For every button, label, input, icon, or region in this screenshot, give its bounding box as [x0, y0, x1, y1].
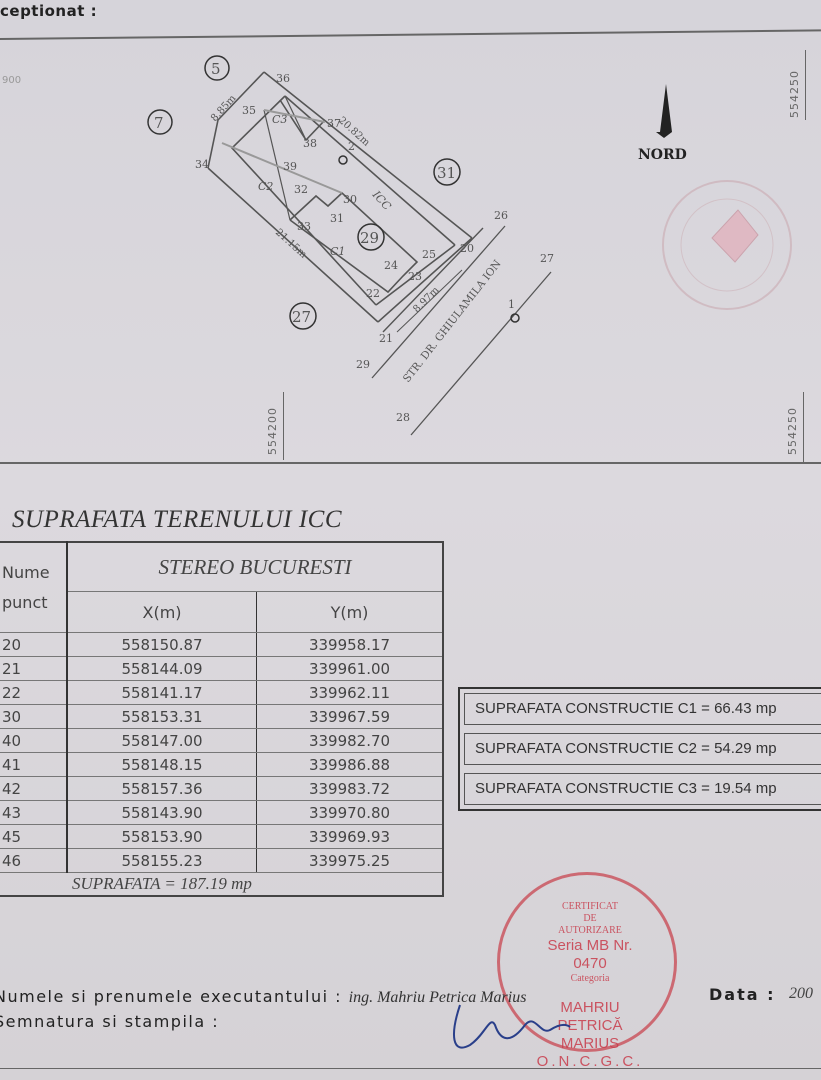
table-row: 46558155.23339975.25	[0, 849, 443, 873]
svg-text:35: 35	[242, 104, 256, 117]
north-label: NORD	[638, 147, 687, 163]
cell-y: 339970.80	[257, 801, 444, 825]
svg-text:20: 20	[460, 242, 474, 255]
table-row: 22558141.17339962.11	[0, 681, 443, 705]
cell-point: 46	[0, 849, 67, 873]
svg-text:29: 29	[356, 358, 370, 371]
cell-y: 339982.70	[257, 729, 444, 753]
svg-text:8.85m: 8.85m	[209, 93, 239, 124]
cell-y: 339975.25	[257, 849, 444, 873]
cell-point: 45	[0, 825, 67, 849]
cell-point: 41	[0, 753, 67, 777]
cell-y: 339986.88	[257, 753, 444, 777]
svg-text:29: 29	[360, 229, 379, 247]
cell-point: 43	[0, 801, 67, 825]
svg-text:2: 2	[348, 140, 355, 153]
svg-text:31: 31	[330, 212, 344, 225]
executant-label: Numele si prenumele executantului :	[0, 987, 342, 1006]
svg-text:24: 24	[384, 259, 398, 272]
cell-x: 558141.17	[67, 681, 257, 705]
svg-text:27: 27	[292, 308, 311, 326]
agency-stamp	[663, 181, 791, 309]
svg-text:23: 23	[408, 270, 422, 283]
date-value: 200	[789, 985, 813, 1003]
stamp-line2: DE	[530, 913, 650, 925]
name-header: Numepunct	[0, 542, 67, 633]
table-row: 40558147.00339982.70	[0, 729, 443, 753]
x-header: X(m)	[67, 592, 257, 633]
svg-text:31: 31	[437, 164, 456, 182]
svg-text:34: 34	[195, 158, 209, 171]
cell-y: 339961.00	[257, 657, 444, 681]
cell-point: 21	[0, 657, 67, 681]
cell-x: 558150.87	[67, 633, 257, 657]
date-label: Data :	[709, 985, 776, 1004]
table-row: 21558144.09339961.00	[0, 657, 443, 681]
cell-x: 558157.36	[67, 777, 257, 801]
svg-text:27: 27	[540, 252, 554, 265]
svg-text:36: 36	[276, 72, 290, 85]
svg-text:22: 22	[366, 287, 380, 300]
svg-text:39: 39	[283, 160, 297, 173]
cell-point: 22	[0, 681, 67, 705]
construction-c2: SUPRAFATA CONSTRUCTIE C2 = 54.29 mp	[464, 733, 821, 765]
table-row: 45558153.90339969.93	[0, 825, 443, 849]
signature-label: Semnatura si stampila :	[0, 1012, 219, 1031]
table-row: 41558148.15339986.88	[0, 753, 443, 777]
svg-text:21: 21	[379, 332, 393, 345]
construction-c3: SUPRAFATA CONSTRUCTIE C3 = 19.54 mp	[464, 773, 821, 805]
svg-text:25: 25	[422, 248, 436, 261]
north-arrow-icon	[656, 84, 672, 138]
cell-x: 558144.09	[67, 657, 257, 681]
svg-text:32: 32	[294, 183, 308, 196]
svg-text:26: 26	[494, 209, 508, 222]
svg-text:5: 5	[211, 60, 221, 78]
svg-text:33: 33	[297, 220, 311, 233]
cell-x: 558148.15	[67, 753, 257, 777]
cell-x: 558153.90	[67, 825, 257, 849]
coordinates-table: Numepunct STEREO BUCURESTI X(m) Y(m) 205…	[0, 541, 444, 897]
cell-point: 30	[0, 705, 67, 729]
stamp-line1: CERTIFICAT	[530, 901, 650, 913]
table-row: 43558143.90339970.80	[0, 801, 443, 825]
site-plan: 5 7 31 29 27 36 35 37 38 2 39 34 32 30 3…	[0, 0, 821, 470]
svg-text:38: 38	[303, 137, 317, 150]
executant-name: ing. Mahriu Petrica Marius	[349, 989, 527, 1006]
table-row: 42558157.36339983.72	[0, 777, 443, 801]
svg-text:1: 1	[508, 298, 515, 311]
executant-line: Numele si prenumele executantului : ing.…	[0, 987, 526, 1007]
cell-x: 558143.90	[67, 801, 257, 825]
land-table-title: SUPRAFATA TERENULUI ICC	[12, 506, 342, 534]
cell-x: 558147.00	[67, 729, 257, 753]
stamp-line3: AUTORIZARE	[530, 925, 650, 937]
cell-x: 558155.23	[67, 849, 257, 873]
cell-point: 20	[0, 633, 67, 657]
svg-text:C2: C2	[258, 180, 273, 193]
cell-point: 40	[0, 729, 67, 753]
svg-text:28: 28	[396, 411, 410, 424]
svg-text:30: 30	[343, 193, 357, 206]
coordinate-system: STEREO BUCURESTI	[67, 542, 443, 592]
table-row: 20558150.87339958.17	[0, 633, 443, 657]
cell-y: 339958.17	[257, 633, 444, 657]
cell-x: 558153.31	[67, 705, 257, 729]
cell-y: 339962.11	[257, 681, 444, 705]
stamp-category: Categoria	[530, 973, 650, 985]
stamp-series: Seria MB Nr. 0470	[530, 937, 650, 973]
cell-y: 339969.93	[257, 825, 444, 849]
table-row: 30558153.31339967.59	[0, 705, 443, 729]
total-surface: SUPRAFATA = 187.19 mp	[0, 873, 443, 897]
footer-divider	[0, 1068, 821, 1069]
svg-text:7: 7	[154, 114, 164, 132]
svg-text:C1: C1	[330, 245, 345, 258]
construction-c1: SUPRAFATA CONSTRUCTIE C1 = 66.43 mp	[464, 693, 821, 725]
svg-text:C3: C3	[272, 113, 287, 126]
cell-point: 42	[0, 777, 67, 801]
cell-y: 339983.72	[257, 777, 444, 801]
y-header: Y(m)	[257, 592, 444, 633]
construction-surfaces: SUPRAFATA CONSTRUCTIE C1 = 66.43 mp SUPR…	[458, 687, 821, 811]
svg-text:ICC: ICC	[369, 188, 394, 214]
cell-y: 339967.59	[257, 705, 444, 729]
